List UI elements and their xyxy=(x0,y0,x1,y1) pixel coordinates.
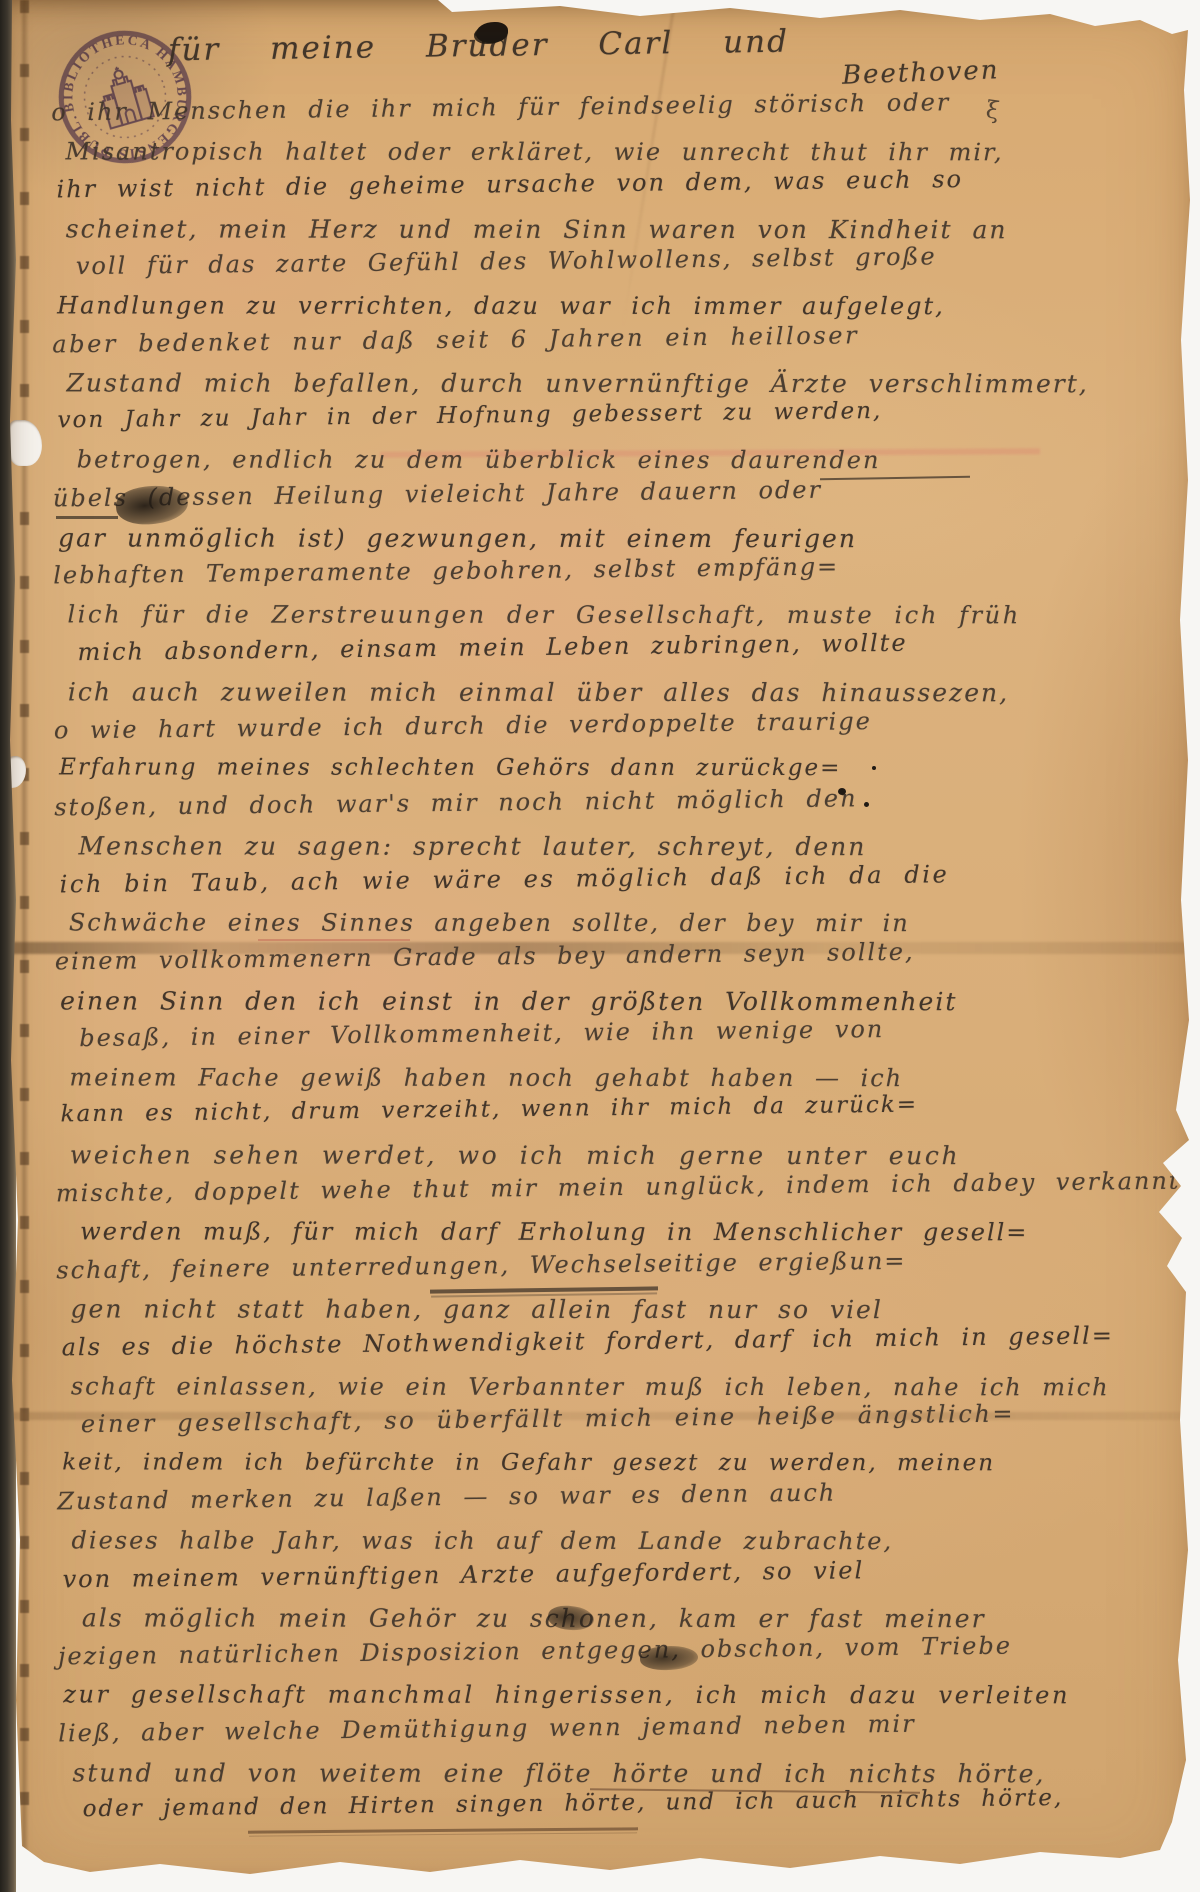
ink-speck xyxy=(864,802,869,807)
ink-speck xyxy=(838,788,846,795)
binding-gutter-shadow xyxy=(0,0,16,1892)
handwriting-body: o ihr Menschen die ihr mich für feindsee… xyxy=(51,94,1159,1836)
ink-speck xyxy=(872,766,876,770)
scanned-page: BIBLIOTHECA HAMBURGENSIS PUBL. für meine… xyxy=(0,0,1200,1892)
signature-name: Beethoven xyxy=(842,55,1000,90)
handwriting-line: o ihr Menschen die ihr mich für feindsee… xyxy=(51,86,1151,137)
paper-hole xyxy=(8,420,42,466)
stitch-seam xyxy=(20,0,29,1892)
manuscript-paper: BIBLIOTHECA HAMBURGENSIS PUBL. für meine… xyxy=(0,0,1200,1892)
